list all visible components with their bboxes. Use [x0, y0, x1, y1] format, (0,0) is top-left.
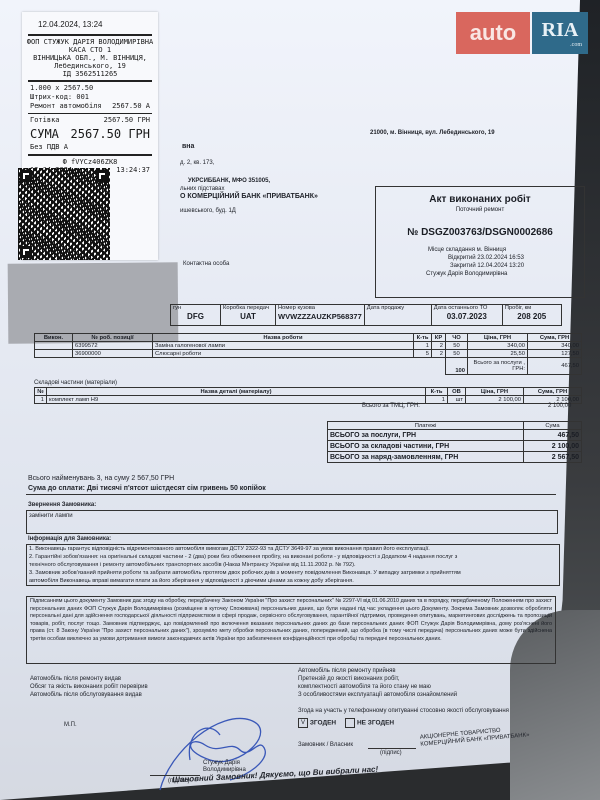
- disagree-label: НЕ ЗГОДЕН: [357, 720, 394, 727]
- item-name: Ремонт автомобіля: [30, 102, 102, 111]
- cell: 1: [35, 396, 47, 404]
- table-row: ВСЬОГО за послуги, ГРН467,50: [328, 430, 582, 441]
- divider: [26, 494, 556, 495]
- customer-sign-line: [368, 748, 416, 749]
- footer-left-1: Автомобіль після ремонту видав: [30, 676, 121, 682]
- table-row: 36900000 Слюсарні роботи 5 2 50 25,50 12…: [35, 350, 582, 358]
- payment-method: Готівка: [30, 116, 60, 125]
- receipt-sum: СУМА2567.50 ГРН: [22, 125, 158, 143]
- receipt-barcode: Штрих-код: 001: [22, 93, 158, 102]
- cell: [35, 350, 73, 358]
- payment-value: 2567.50 ГРН: [104, 116, 150, 125]
- footer-left-3: Автомобіль після обслуговування видав: [30, 692, 142, 698]
- sale-date-label: Дата продажу: [367, 305, 404, 311]
- cell: шт: [448, 396, 466, 404]
- cell: 2 100,00: [466, 396, 524, 404]
- col-qty: К-ть: [426, 388, 448, 396]
- info-line-5: автомобіля Виконавець вправі вимагати пл…: [27, 577, 559, 585]
- print-time: 13:24:37: [116, 166, 150, 175]
- receipt-id: ІД 3562511265: [22, 70, 158, 78]
- amount-in-words: Сума до сплати: Дві тисячі п'ятсот шістд…: [28, 485, 266, 492]
- cell: 50: [446, 342, 468, 350]
- gearbox-cell: Коробка передачUAT: [221, 305, 276, 326]
- payments-table: Платежі Сума ВСЬОГО за послуги, ГРН467,5…: [327, 421, 582, 463]
- cell: 340,00: [468, 342, 528, 350]
- vin-value: WVWZZZAUZKP568377: [278, 312, 362, 321]
- col-kr: КР: [432, 334, 446, 342]
- mileage-label: Пробіг, км: [505, 305, 531, 311]
- col-sum: Сума, ГРН: [528, 334, 582, 342]
- qr-finder: [20, 170, 32, 182]
- engine-value: DFG: [173, 312, 218, 321]
- qr-code: [18, 168, 110, 260]
- mileage-value: 208 205: [505, 312, 559, 321]
- works-total-value: 467,50: [528, 358, 582, 375]
- request-box: замінити лампи: [26, 510, 558, 534]
- engine-cell: гунDFG: [171, 305, 221, 326]
- last-to-cell: Дата останнього ТО03.07.2023: [431, 305, 502, 326]
- info-line-4: 3. Замовник зобов'язаний прийняти роботи…: [27, 569, 559, 577]
- cell: 1: [426, 396, 448, 404]
- last-to-value: 03.07.2023: [434, 312, 500, 321]
- cell: ВСЬОГО за наряд-замовленням, ГРН: [328, 452, 524, 463]
- col-no: №: [35, 388, 47, 396]
- parts-header-row: № Назва деталі (матеріалу) К-ть ОВ Ціна,…: [35, 388, 582, 396]
- act-title: Акт виконаних робіт: [376, 194, 584, 205]
- sum-label: СУМА: [30, 127, 59, 141]
- spacer: [35, 358, 446, 375]
- vin-label: Номер кузова: [278, 305, 315, 311]
- contact-person-label: Контактна особа: [183, 261, 229, 267]
- disagree-checkbox[interactable]: [345, 718, 355, 728]
- cell: 25,50: [468, 350, 528, 358]
- qty-text: 1.000 x 2567.50: [30, 84, 93, 93]
- cell: 2: [432, 342, 446, 350]
- parts-total-value: 2 100,00: [548, 403, 571, 409]
- col-part-name: Назва деталі (матеріалу): [47, 388, 426, 396]
- vin-cell: Номер кузоваWVWZZZAUZKP568377: [276, 305, 365, 326]
- col-payments: Платежі: [328, 422, 524, 430]
- total-ch: 100: [446, 358, 468, 375]
- consent-box: Підписанням цього документу Замовник дає…: [26, 596, 556, 664]
- item-value: 2567.50 А: [112, 102, 150, 111]
- parts-table: № Назва деталі (матеріалу) К-ть ОВ Ціна,…: [34, 387, 582, 404]
- act-person: Стужук Дарія Володимирівна: [426, 270, 584, 278]
- parts-total-label: Всього за ТМЦ, ГРН:: [362, 403, 420, 409]
- cell: 2: [432, 350, 446, 358]
- divider: [28, 113, 152, 114]
- receipt-fiscal: Ф fVYCz406ZK8: [22, 158, 158, 166]
- qr-finder: [96, 170, 108, 182]
- cell: 1: [414, 342, 432, 350]
- receipt-address-1: ВІННИЦЬКА ОБЛ., М. ВІННИЦЯ,: [22, 54, 158, 62]
- bank-info-2: О КОМЕРЦІЙНИЙ БАНК «ПРИВАТБАНК»: [180, 193, 318, 200]
- consent-text: Підписанням цього документу Замовник дає…: [27, 597, 555, 644]
- col-amount: Сума: [524, 422, 582, 430]
- survey-text: Згода на участь у телефонному опитуванні…: [298, 708, 509, 714]
- footer-right-3: комплектності автомобіля та його стану н…: [298, 684, 431, 690]
- logo-ria-text: RIA: [542, 19, 579, 42]
- info-line-3: технічного обслуговування і ремонту авто…: [27, 561, 559, 569]
- receipt-address-2: Лебединського, 19: [22, 62, 158, 70]
- cell: 467,50: [524, 430, 582, 441]
- sale-date-cell: Дата продажу: [364, 305, 431, 326]
- act-subtitle: Поточний ремонт: [376, 207, 584, 213]
- cell: [35, 342, 73, 350]
- works-header-row: Викон. № роб. позиції Назва роботи К-ть …: [35, 334, 582, 342]
- qr-finder: [20, 246, 32, 258]
- logo-auto: auto: [456, 12, 530, 54]
- company-address: 21000, м. Вінниця, вул. Лебединського, 1…: [370, 130, 495, 136]
- table-row: ВСЬОГО за складові частини, ГРН2 100,00: [328, 441, 582, 452]
- receipt-cash-desk: КАСА СТО 1: [22, 46, 158, 54]
- request-text: замінити лампи: [29, 513, 73, 519]
- col-qty: К-ть: [414, 334, 432, 342]
- works-total-label: Всього за послуги , ГРН:: [468, 358, 528, 375]
- receipt-payment: Готівка2567.50 ГРН: [22, 116, 158, 125]
- col-price: Ціна, ГРН: [468, 334, 528, 342]
- footer-right-1: Автомобіль після ремонту прийняв: [298, 668, 396, 674]
- col-unit: ОВ: [448, 388, 466, 396]
- street-text: ишевського, буд. 1Д: [180, 208, 236, 214]
- act-number: № DSGZ003763/DSGN0002686: [376, 227, 584, 238]
- divider: [28, 34, 152, 36]
- footer-right-4: З особливостями експлуатації автомобіля …: [298, 692, 457, 698]
- table-row: 6399572 Заміна галогенової лампи 1 2 50 …: [35, 342, 582, 350]
- receipt-item: Ремонт автомобіля2567.50 А: [22, 102, 158, 111]
- act-closed: Закритий 12.04.2024 13:20: [450, 262, 584, 270]
- redaction-overlay: [8, 262, 179, 343]
- agree-checkbox[interactable]: V: [298, 718, 308, 728]
- engine-label: гун: [173, 305, 181, 311]
- works-total-row: 100 Всього за послуги , ГРН: 467,50: [35, 358, 582, 375]
- logo-ria: RIA.com: [532, 12, 588, 54]
- info-line-2: 2. Гарантійні зобов'язання: на оригіналь…: [27, 553, 559, 561]
- receipt-org: ФОП СТУЖУК ДАРІЯ ВОЛОДИМИРІВНА: [22, 38, 158, 46]
- table-row: 1 комплект ламп H9 1 шт 2 100,00 2 100,0…: [35, 396, 582, 404]
- act-place: Місце складання м. Вінниця: [428, 246, 584, 254]
- mileage-cell: Пробіг, км208 205: [502, 305, 561, 326]
- agree-label: ЗГОДЕН: [310, 720, 336, 727]
- footer-right-2: Претензій до якості виконаних робіт,: [298, 676, 400, 682]
- request-title: Звернення Замовника:: [28, 502, 96, 508]
- stamp-label: М.П.: [64, 722, 77, 728]
- sum-value: 2567.50 ГРН: [71, 127, 150, 141]
- cell: Заміна галогенової лампи: [153, 342, 414, 350]
- cell: 6399572: [73, 342, 153, 350]
- items-count-line: Всього найменувань 3, на суму 2 567,50 Г…: [28, 475, 174, 482]
- cell: 50: [446, 350, 468, 358]
- act-opened: Відкритий 23.02.2024 16:53: [448, 254, 584, 262]
- divider: [28, 80, 152, 82]
- cell: ВСЬОГО за послуги, ГРН: [328, 430, 524, 441]
- col-price: Ціна, ГРН: [466, 388, 524, 396]
- logo-suffix: .com: [570, 42, 582, 48]
- gearbox-value: UAT: [223, 312, 273, 321]
- cell: 2 100,00: [524, 441, 582, 452]
- customer-sign-label: (підпис): [380, 750, 402, 756]
- receipt-qty: 1.000 x 2567.50: [22, 84, 158, 93]
- act-box: Акт виконаних робіт Поточний ремонт № DS…: [375, 186, 585, 298]
- table-row: ВСЬОГО за наряд-замовленням, ГРН2 567,50: [328, 452, 582, 463]
- col-sum: Сума, ГРН: [524, 388, 582, 396]
- receipt-vat: Без ПДВ А: [22, 143, 158, 152]
- info-title: Інформація для Замовника:: [28, 536, 111, 542]
- vehicle-table: гунDFG Коробка передачUAT Номер кузоваWV…: [170, 304, 562, 326]
- cell: ВСЬОГО за складові частини, ГРН: [328, 441, 524, 452]
- partial-name: вна: [182, 143, 194, 150]
- customer-label: Замовник / Власник: [298, 742, 353, 748]
- cell: 127,50: [528, 350, 582, 358]
- partial-address: д. 2, кв. 173,: [180, 160, 214, 166]
- info-box: 1. Виконавець гарантує відповідність від…: [26, 544, 560, 586]
- last-to-label: Дата останнього ТО: [434, 305, 488, 311]
- receipt-datetime: 12.04.2024, 13:24: [22, 12, 158, 32]
- survey-options: V ЗГОДЕН НЕ ЗГОДЕН: [298, 718, 394, 728]
- cell: 2 567,50: [524, 452, 582, 463]
- cell: 340,00: [528, 342, 582, 350]
- works-table: Викон. № роб. позиції Назва роботи К-ть …: [34, 333, 582, 375]
- basis-text: льних підставах: [180, 186, 225, 192]
- col-work-name: Назва роботи: [153, 334, 414, 342]
- payments-header-row: Платежі Сума: [328, 422, 582, 430]
- autoria-logo: auto RIA.com: [456, 12, 588, 54]
- col-ch: ЧО: [446, 334, 468, 342]
- barcode-text: Штрих-код: 001: [30, 93, 89, 102]
- info-line-1: 1. Виконавець гарантує відповідність від…: [27, 545, 559, 553]
- col-work-code: № роб. позиції: [73, 334, 153, 342]
- gearbox-label: Коробка передач: [223, 305, 269, 311]
- cell: 5: [414, 350, 432, 358]
- cell: 36900000: [73, 350, 153, 358]
- parts-section-title: Складові частини (матеріали): [34, 380, 117, 386]
- divider: [28, 154, 152, 156]
- col-executor: Викон.: [35, 334, 73, 342]
- footer-left-2: Обсяг та якість виконаних робіт перевіри…: [30, 684, 148, 690]
- bank-info-1: УКРСИББАНК, МФО 351005,: [188, 178, 270, 184]
- cell: Слюсарні роботи: [153, 350, 414, 358]
- vat-text: Без ПДВ А: [30, 143, 68, 152]
